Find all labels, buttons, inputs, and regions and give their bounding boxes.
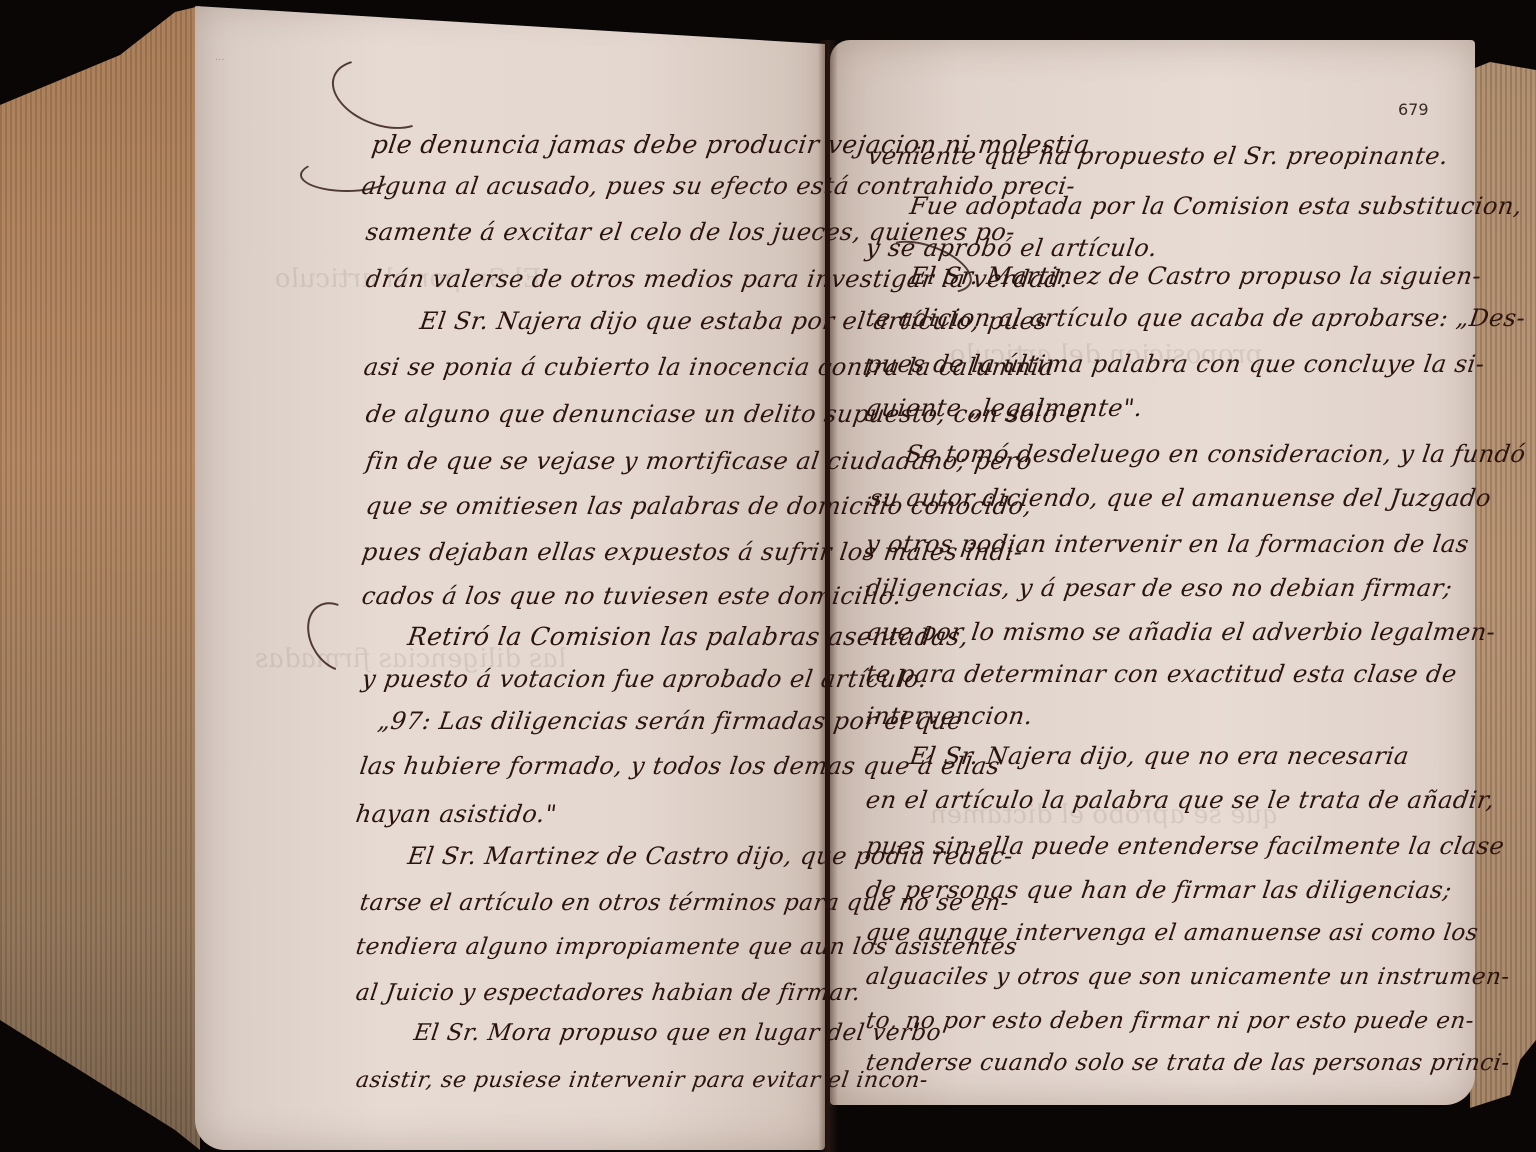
text-line: en el artículo la palabra que se le trat… [864,786,1497,814]
book-photo-scene: El Sr. por el articulo las diligencias f… [0,0,1536,1152]
text-line: pues sin ella puede entenderse facilment… [864,832,1506,860]
text-line: El Sr. Martinez de Castro propuso la sig… [908,262,1483,290]
text-line: cados á los que no tuviesen este domicil… [360,582,904,610]
text-line: que aunque intervenga el amanuense asi c… [864,920,1480,946]
text-line: que por lo mismo se añadia el adverbio l… [864,618,1497,646]
text-line: de personas que han de firmar las dilige… [864,876,1454,904]
text-line: asistir, se pusiese intervenir para evit… [354,1068,929,1093]
text-line: El Sr. Najera dijo, que no era necesaria [908,742,1411,770]
text-line: diligencias, y á pesar de eso no debian … [864,574,1454,602]
marginal-mark: ... [215,52,225,63]
text-line: alguaciles y otros que son unicamente un… [864,964,1511,990]
text-line: to, no por esto deben firmar ni por esto… [864,1008,1476,1034]
text-line: y puesto á votacion fue aprobado el artí… [360,665,929,693]
text-line: Fue adoptada por la Comision esta substi… [908,192,1524,220]
text-line: guiente „legalmente". [864,394,1145,422]
text-line: y se aprobó el artículo. [864,234,1159,262]
text-line: intervencion. [864,702,1035,730]
text-line: hayan asistido." [354,800,559,828]
text-line: al Juicio y espectadores habian de firma… [354,980,862,1006]
text-line: Se tomó desdeluego en consideracion, y l… [904,440,1528,468]
text-line: tenderse cuando solo se trata de las per… [864,1050,1511,1076]
text-line: te para determinar con exactitud esta cl… [864,660,1459,688]
text-line: te adicion al artículo que acaba de apro… [864,304,1527,332]
text-line: su autor diciendo, que el amanuense del … [868,484,1493,512]
text-line: las hubiere formado, y todos los demas q… [358,752,1002,780]
text-line: veniente que ha propuesto el Sr. preopin… [866,142,1450,170]
left-fore-edge [0,0,200,1152]
text-line: pues de la última palabra con que conclu… [864,350,1486,378]
page-number: 679 [1398,100,1429,119]
text-line: y otros podian intervenir en la formacio… [864,530,1471,558]
